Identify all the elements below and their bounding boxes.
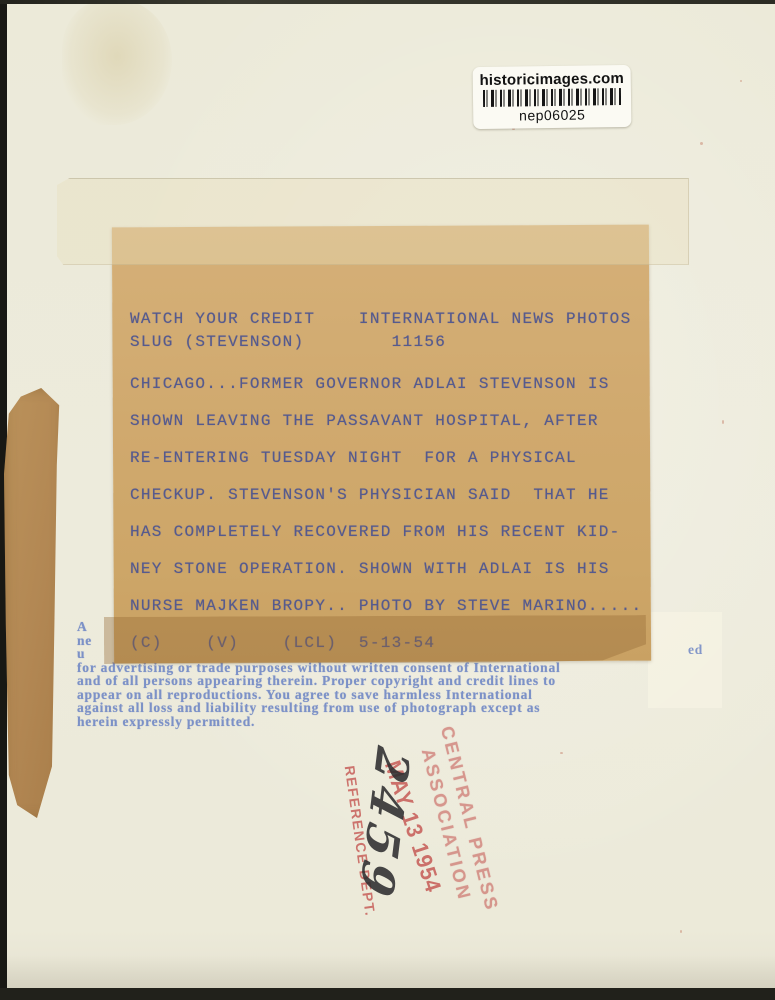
scan-edge-bottom <box>0 988 775 1000</box>
paper-speck <box>680 930 682 933</box>
bottom-shading <box>0 955 775 988</box>
paper-speck <box>740 80 742 82</box>
caption-body-line: RE-ENTERING TUESDAY NIGHT FOR A PHYSICAL <box>130 440 642 477</box>
caption-body-line: CHICAGO...FORMER GOVERNOR ADLAI STEVENSO… <box>130 366 642 403</box>
sticker-code-label: nep06025 <box>519 107 586 124</box>
caption-body-line: HAS COMPLETELY RECOVERED FROM HIS RECENT… <box>130 514 642 551</box>
press-photo-back-scan: Aneufor advertising or trade purposes wi… <box>0 0 775 1000</box>
caption-header-line: SLUG (STEVENSON) 11156 <box>130 331 631 354</box>
copyright-stamp-line: appear on all reproductions. You agree t… <box>77 688 725 702</box>
copyright-stamp-line: herein expressly permitted. <box>77 715 725 729</box>
scan-edge-top <box>0 0 775 4</box>
caption-body-line: NEY STONE OPERATION. SHOWN WITH ADLAI IS… <box>130 551 642 588</box>
copyright-stamp-line: against all loss and liability resulting… <box>77 701 725 715</box>
tape-strip-bottom <box>104 615 646 664</box>
caption-body-line: SHOWN LEAVING THE PASSAVANT HOSPITAL, AF… <box>130 403 642 440</box>
barcode-icon <box>483 88 621 107</box>
sticker-site-label: historicimages.com <box>479 70 624 89</box>
caption-body-line: CHECKUP. STEVENSON'S PHYSICIAN SAID THAT… <box>130 477 642 514</box>
tape-strip-top <box>57 178 689 265</box>
barcode-sticker: historicimages.com nep06025 <box>473 65 632 129</box>
copyright-stamp-line: and of all persons appearing therein. Pr… <box>77 674 725 688</box>
caption-header-line: WATCH YOUR CREDIT INTERNATIONAL NEWS PHO… <box>130 308 631 331</box>
copyright-stamp-fragment: ed <box>688 642 703 658</box>
paper-speck <box>722 420 724 424</box>
paper-speck <box>700 142 703 145</box>
caption-header: WATCH YOUR CREDIT INTERNATIONAL NEWS PHO… <box>130 308 631 354</box>
paper-speck <box>560 752 563 754</box>
